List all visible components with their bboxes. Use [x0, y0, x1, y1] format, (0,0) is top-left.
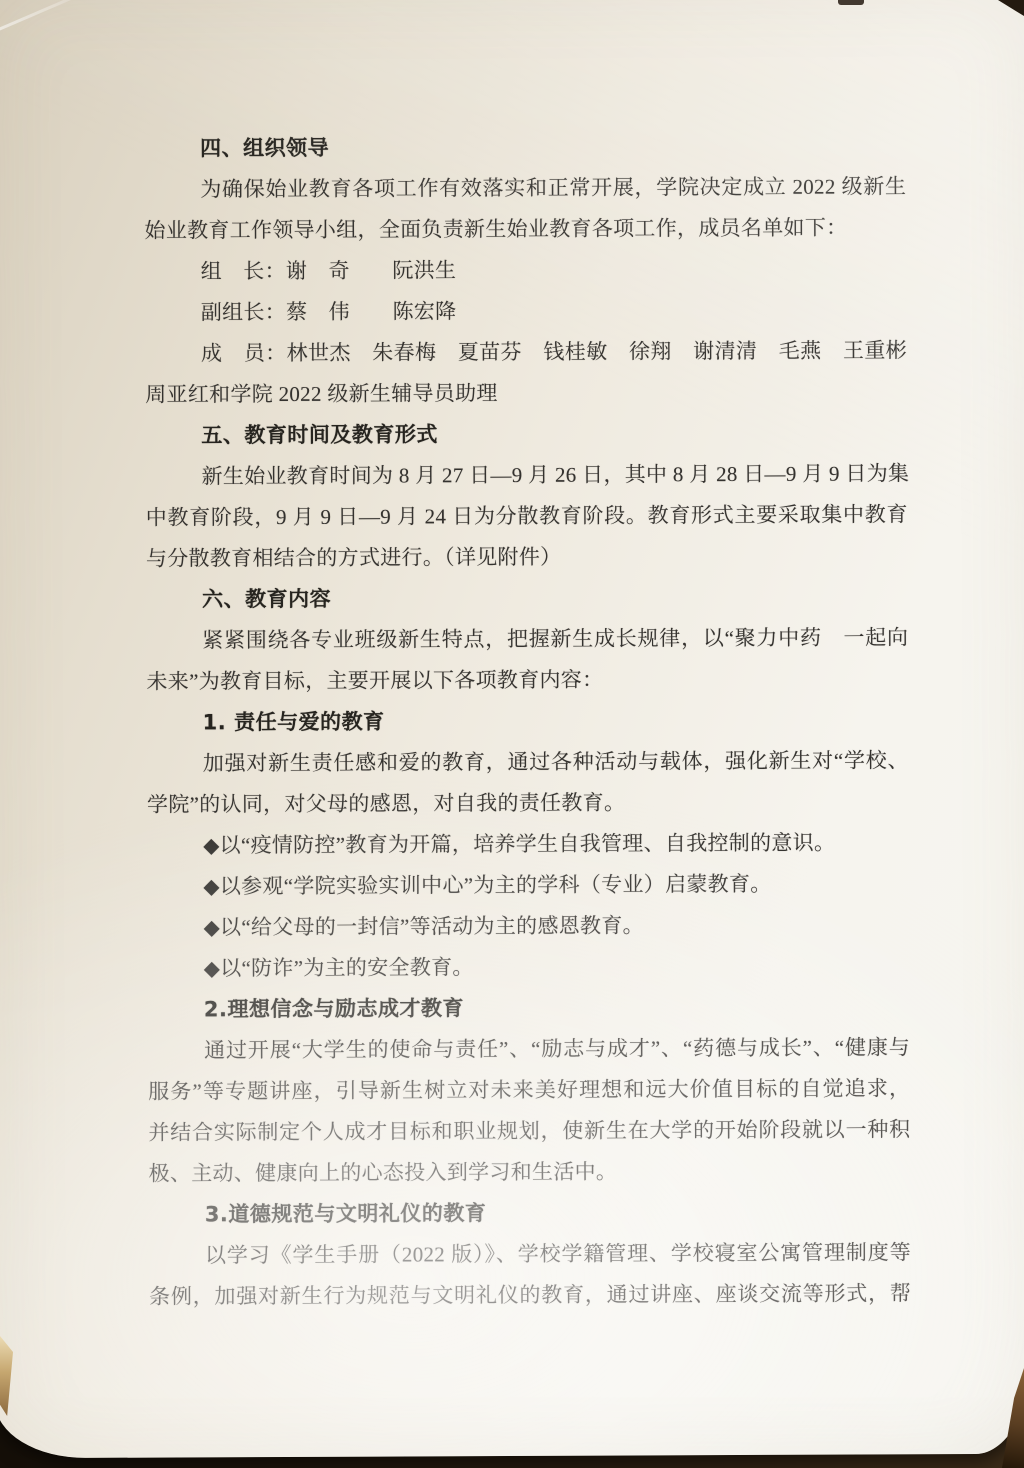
deputy-leader-line: 副组长：蔡 伟 陈宏降 — [145, 289, 907, 333]
bullet-item: ◆以“给父母的一封信”等活动为主的感恩教育。 — [147, 904, 909, 948]
doc-line: 未来”为教育目标，主要开展以下各项教育内容： — [146, 658, 908, 702]
doc-line: 通过开展“大学生的使命与责任”、“励志与成才”、“药德与成长”、“健康与 — [148, 1027, 910, 1071]
doc-line: 并结合实际制定个人成才目标和职业规划，使新生在大学的开始阶段就以一种积 — [148, 1109, 910, 1153]
section-heading-edu-time-form: 五、教育时间及教育形式 — [145, 412, 907, 456]
section-heading-edu-content: 六、教育内容 — [146, 576, 908, 620]
document-text-block: 四、组织领导 为确保始业教育各项工作有效落实和正常开展，学院决定成立 2022 … — [144, 125, 911, 1317]
bullet-item: ◆以参观“学院实验实训中心”为主的学科（专业）启蒙教育。 — [147, 863, 909, 907]
doc-line: 中教育阶段，9 月 9 日—9 月 24 日为分散教育阶段。教育形式主要采取集中… — [146, 494, 908, 538]
doc-line: 紧紧围绕各专业班级新生特点，把握新生成长规律，以“聚力中药 一起向 — [146, 617, 908, 661]
doc-line: 以学习《学生手册（2022 版）》、学校学籍管理、学校寝室公寓管理制度等 — [149, 1232, 911, 1276]
sub-heading-edu-item-2: 2.理想信念与励志成才教育 — [148, 986, 910, 1030]
doc-line: 周亚红和学院 2022 级新生辅导员助理 — [145, 371, 907, 415]
section-heading-org-leadership: 四、组织领导 — [144, 125, 906, 169]
top-edge-notch — [838, 0, 864, 5]
leader-line: 组 长：谢 奇 阮洪生 — [145, 248, 907, 292]
doc-line: 为确保始业教育各项工作有效落实和正常开展，学院决定成立 2022 级新生 — [144, 166, 906, 210]
doc-line: 极、主动、健康向上的心态投入到学习和生活中。 — [149, 1150, 911, 1194]
scanned-photo-background: 四、组织领导 为确保始业教育各项工作有效落实和正常开展，学院决定成立 2022 … — [0, 0, 1024, 1468]
sub-heading-edu-item-3: 3.道德规范与文明礼仪的教育 — [149, 1191, 911, 1235]
paper-crease — [0, 0, 110, 47]
doc-line: 新生始业教育时间为 8 月 27 日—9 月 26 日，其中 8 月 28 日—… — [145, 453, 907, 497]
doc-line: 与分散教育相结合的方式进行。（详见附件） — [146, 535, 908, 579]
bullet-item: ◆以“防诈”为主的安全教育。 — [148, 945, 910, 989]
paper-sheet: 四、组织领导 为确保始业教育各项工作有效落实和正常开展，学院决定成立 2022 … — [0, 0, 1024, 1458]
doc-line: 服务”等专题讲座，引导新生树立对未来美好理想和远大价值目标的自觉追求， — [148, 1068, 910, 1112]
doc-line: 学院”的认同，对父母的感恩，对自我的责任教育。 — [147, 781, 909, 825]
bullet-item: ◆以“疫情防控”教育为开篇，培养学生自我管理、自我控制的意识。 — [147, 822, 909, 866]
doc-line: 条例，加强对新生行为规范与文明礼仪的教育，通过讲座、座谈交流等形式，帮 — [149, 1273, 911, 1317]
sub-heading-edu-item-1: 1. 责任与爱的教育 — [147, 699, 909, 743]
doc-line: 始业教育工作领导小组，全面负责新生始业教育各项工作，成员名单如下： — [144, 207, 906, 251]
members-line: 成 员：林世杰 朱春梅 夏苗芬 钱桂敏 徐翔 谢清清 毛燕 王重彬 — [145, 330, 907, 374]
doc-line: 加强对新生责任感和爱的教育，通过各种活动与载体，强化新生对“学校、 — [147, 740, 909, 784]
